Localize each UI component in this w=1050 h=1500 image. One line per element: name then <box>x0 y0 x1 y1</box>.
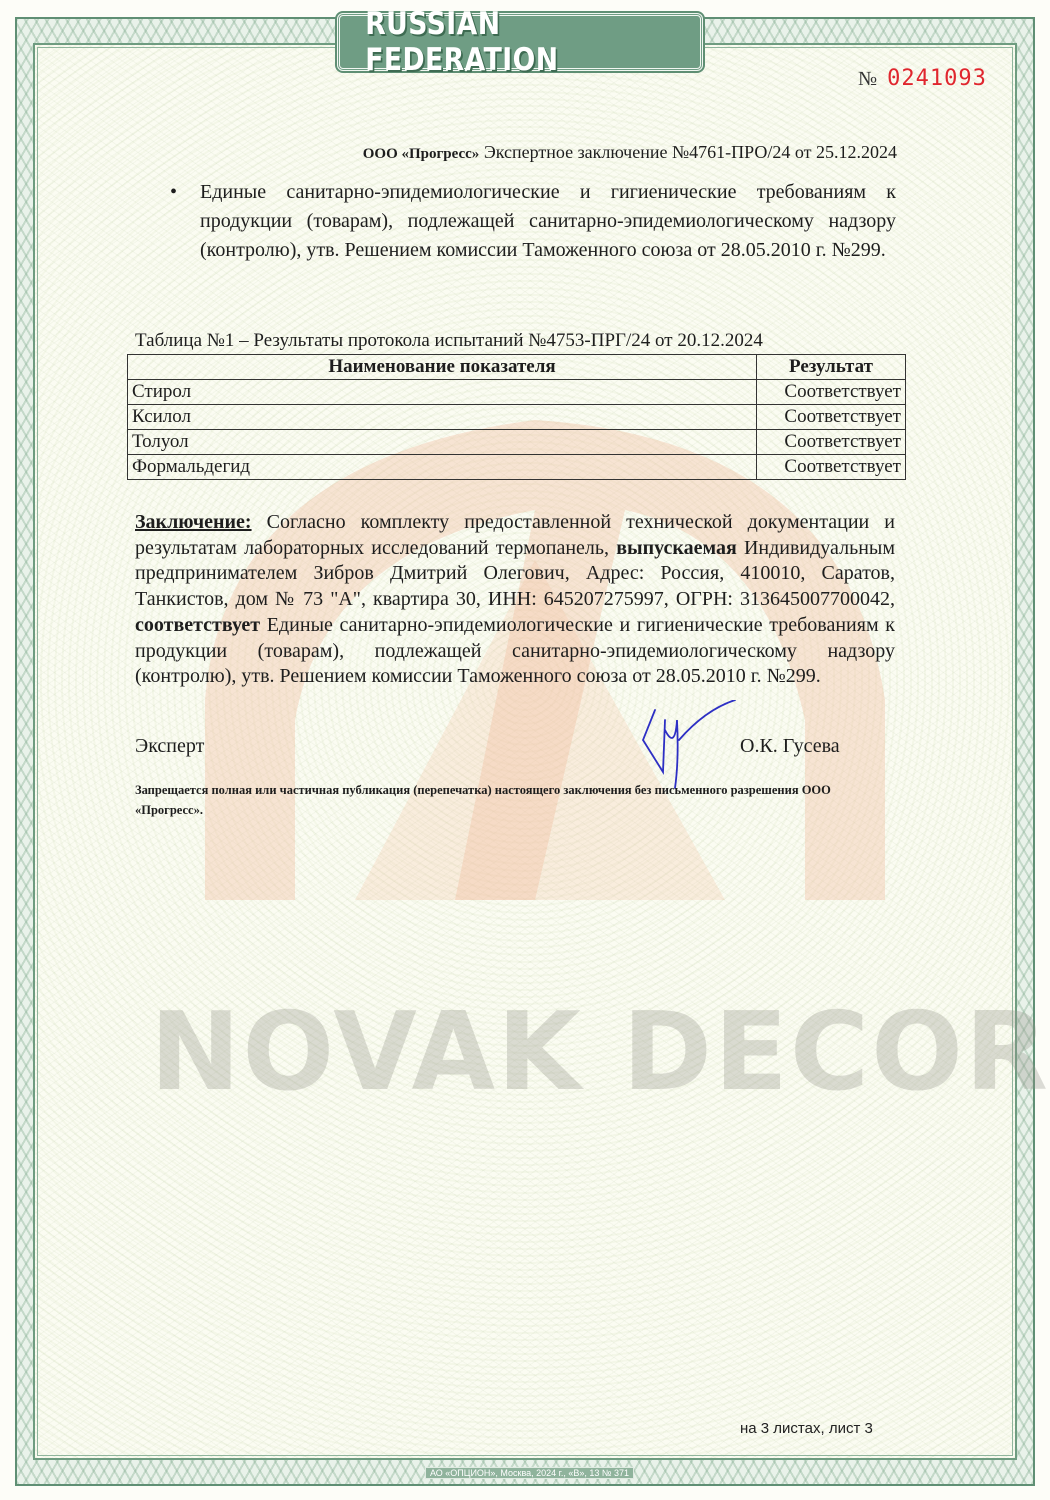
indicator-cell: Формальдегид <box>128 455 757 480</box>
table-row: Формальдегид Соответствует <box>128 455 906 480</box>
conclusion-paragraph: Заключение: Согласно комплекту предостав… <box>135 510 895 690</box>
serial-prefix: № <box>858 68 877 91</box>
column-header-indicator: Наименование показателя <box>128 355 757 380</box>
conclusion-bold-complies: соответствует <box>135 614 260 636</box>
table-row: Стирол Соответствует <box>128 380 906 405</box>
signature-icon <box>635 700 745 790</box>
indicator-cell: Ксилол <box>128 405 757 430</box>
result-cell: Соответствует <box>757 430 906 455</box>
table-header-row: Наименование показателя Результат <box>128 355 906 380</box>
result-cell: Соответствует <box>757 405 906 430</box>
result-cell: Соответствует <box>757 380 906 405</box>
result-cell: Соответствует <box>757 455 906 480</box>
document-header: ООО «Прогресс» Экспертное заключение №47… <box>363 142 897 163</box>
sheet-count: на 3 листах, лист 3 <box>740 1420 873 1437</box>
serial-number: № 0241093 <box>858 66 987 91</box>
conclusion-bold-produced: выпускаемая <box>616 537 737 559</box>
document-reference: Экспертное заключение №4761-ПРО/24 от 25… <box>484 142 897 162</box>
banner-title: RUSSIAN FEDERATION <box>365 6 675 78</box>
table-row: Ксилол Соответствует <box>128 405 906 430</box>
requirement-bullet: Единые санитарно-эпидемиологические и ги… <box>200 178 896 265</box>
organization-name: ООО «Прогресс» <box>363 146 480 162</box>
column-header-result: Результат <box>757 355 906 380</box>
watermark-text: NOVAK DECOR <box>150 990 930 1115</box>
indicator-cell: Стирол <box>128 380 757 405</box>
indicator-cell: Толуол <box>128 430 757 455</box>
header-banner: RUSSIAN FEDERATION <box>337 13 703 71</box>
table-row: Толуол Соответствует <box>128 430 906 455</box>
expert-name: О.К. Гусева <box>740 735 840 758</box>
table-caption: Таблица №1 – Результаты протокола испыта… <box>135 330 763 352</box>
expert-role: Эксперт <box>135 735 204 758</box>
publication-disclaimer: Запрещается полная или частичная публика… <box>135 780 855 820</box>
serial-value: 0241093 <box>887 66 987 91</box>
conclusion-label: Заключение: <box>135 511 252 533</box>
printer-imprint: АО «ОПЦИОН», Москва, 2024 г., «В», 13 № … <box>425 1467 634 1479</box>
results-table: Наименование показателя Результат Стирол… <box>127 354 906 480</box>
